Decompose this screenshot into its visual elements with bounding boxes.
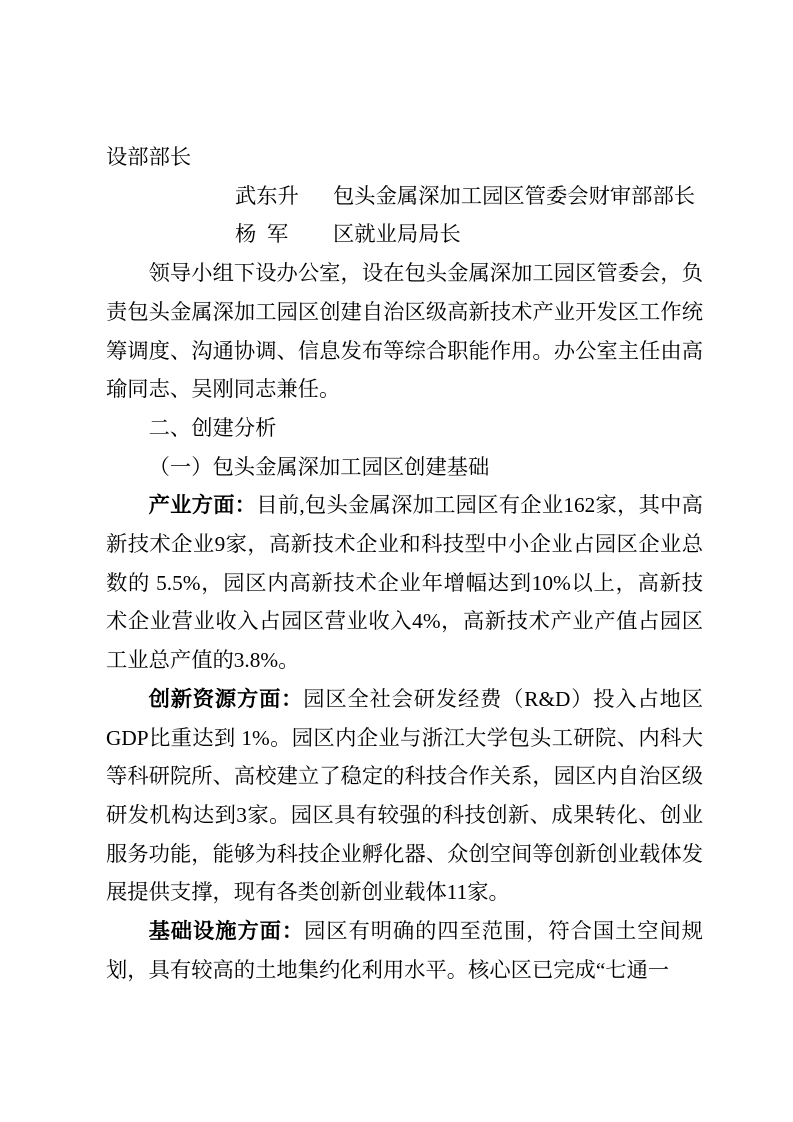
paragraph-text: 目前,包头金属深加工园区有企业162家，其中高新技术企业9家，高新技术企业和科技… bbox=[106, 493, 703, 672]
paragraph-industry: 产业方面：目前,包头金属深加工园区有企业162家，其中高新技术企业9家，高新技术… bbox=[106, 486, 703, 680]
paragraph-innovation-resources: 创新资源方面：园区全社会研发经费（R&D）投入占地区GDP比重达到 1%。园区内… bbox=[106, 680, 703, 912]
roster-row: 武东升包头金属深加工园区管委会财审部部长 bbox=[106, 177, 703, 216]
document-page: 设部部长 武东升包头金属深加工园区管委会财审部部长 杨 军区就业局局长 领导小组… bbox=[0, 0, 793, 1122]
member-title: 区就业局局长 bbox=[333, 222, 461, 246]
subsection-heading: （一）包头金属深加工园区创建基础 bbox=[106, 448, 703, 487]
paragraph-lead: 基础设施方面： bbox=[149, 919, 304, 943]
paragraph-continuation: 设部部长 bbox=[106, 138, 703, 177]
paragraph-infrastructure: 基础设施方面：园区有明确的四至范围，符合国土空间规划，具有较高的土地集约化利用水… bbox=[106, 912, 703, 989]
paragraph-text: 园区全社会研发经费（R&D）投入占地区GDP比重达到 1%。园区内企业与浙江大学… bbox=[106, 687, 703, 905]
roster-row: 杨 军区就业局局长 bbox=[106, 215, 703, 254]
member-title: 包头金属深加工园区管委会财审部部长 bbox=[333, 184, 695, 208]
leader-roster: 武东升包头金属深加工园区管委会财审部部长 杨 军区就业局局长 bbox=[106, 177, 703, 254]
member-name: 杨 军 bbox=[235, 215, 333, 254]
paragraph-office: 领导小组下设办公室，设在包头金属深加工园区管委会，负责包头金属深加工园区创建自治… bbox=[106, 254, 703, 409]
paragraph-lead: 产业方面： bbox=[149, 493, 257, 517]
member-name: 武东升 bbox=[235, 177, 333, 216]
paragraph-lead: 创新资源方面： bbox=[149, 687, 304, 711]
section-heading: 二、创建分析 bbox=[106, 409, 703, 448]
